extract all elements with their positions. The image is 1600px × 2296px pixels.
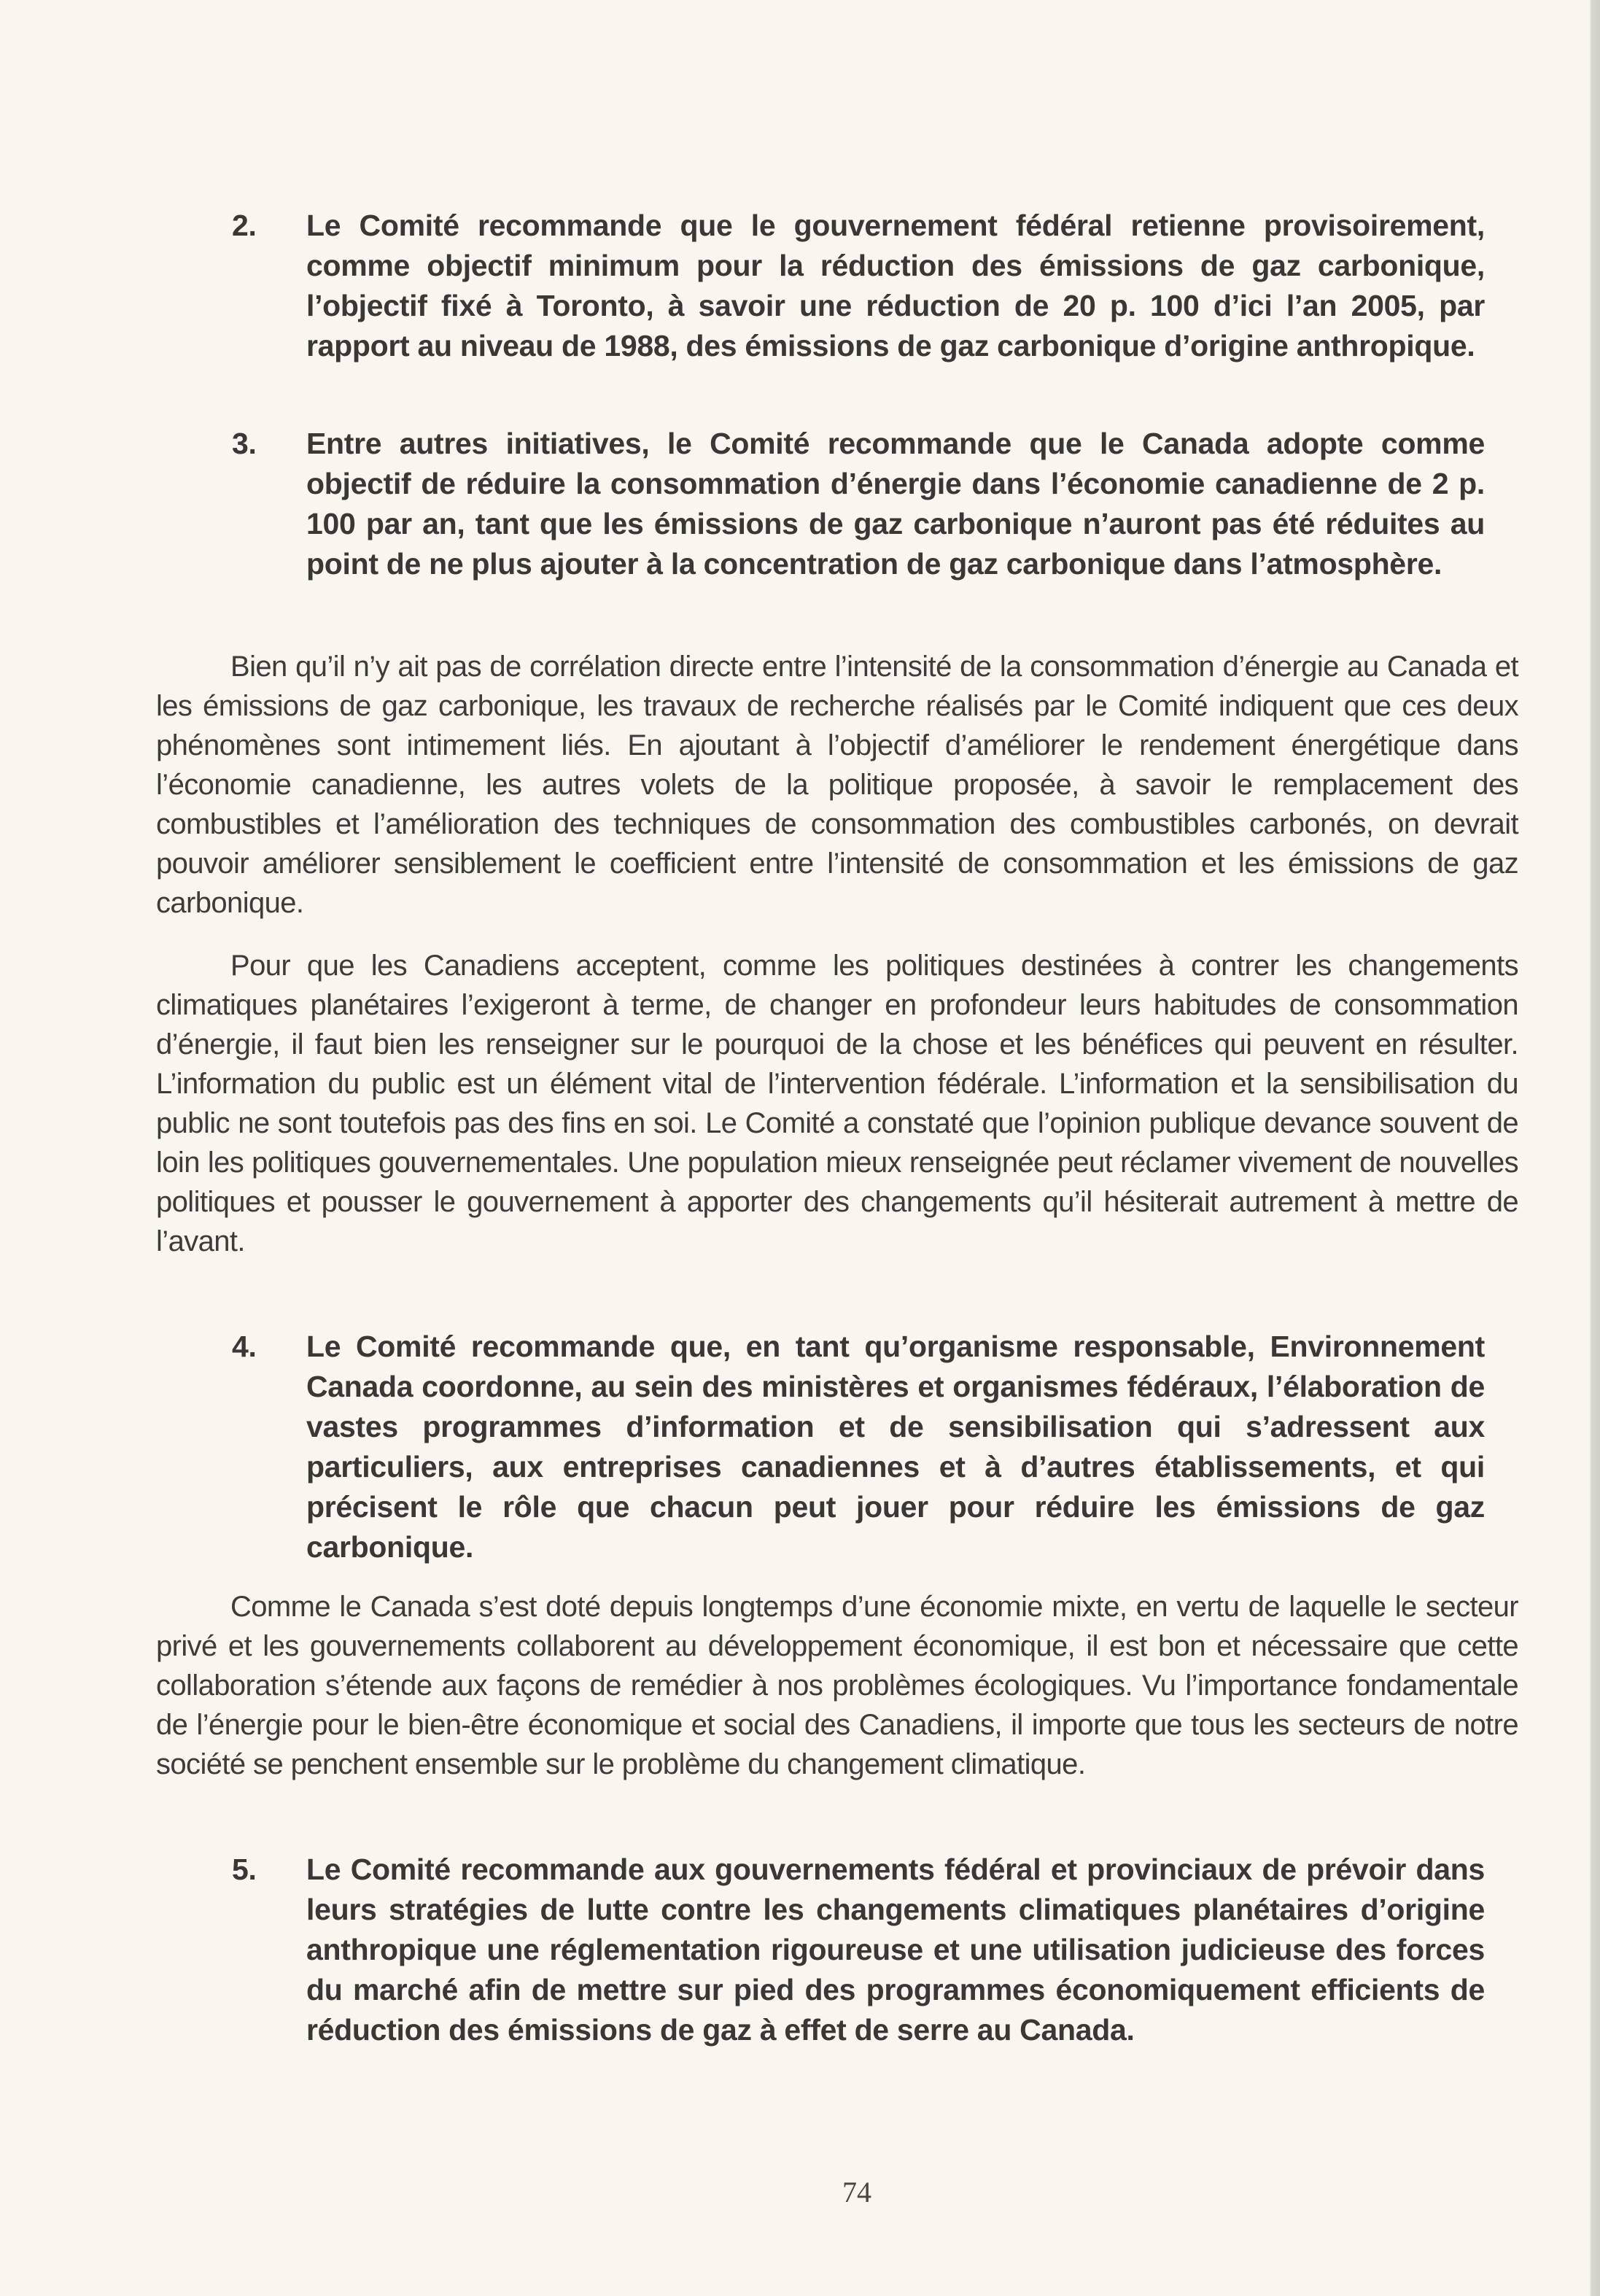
recommendation-4: 4. Le Comité recommande que, en tant qu’…	[232, 1327, 1485, 1567]
scanned-page: 2. Le Comité recommande que le gouvernem…	[0, 0, 1590, 2296]
recommendation-number: 5.	[232, 1850, 298, 1890]
recommendation-text: Le Comité recommande que, en tant qu’org…	[306, 1327, 1485, 1567]
body-paragraph: Bien qu’il n’y ait pas de corrélation di…	[156, 647, 1518, 923]
recommendation-text: Entre autres initiatives, le Comité reco…	[306, 424, 1485, 584]
page-number: 74	[828, 2175, 886, 2209]
recommendation-text: Le Comité recommande aux gouvernements f…	[306, 1850, 1485, 2050]
recommendation-3: 3. Entre autres initiatives, le Comité r…	[232, 424, 1485, 584]
recommendation-number: 3.	[232, 424, 298, 464]
page-edge-shadow	[1590, 0, 1600, 2296]
body-paragraph: Comme le Canada s’est doté depuis longte…	[156, 1587, 1518, 1784]
recommendation-text: Le Comité recommande que le gouvernement…	[306, 206, 1485, 366]
recommendation-number: 4.	[232, 1327, 298, 1367]
recommendation-5: 5. Le Comité recommande aux gouvernement…	[232, 1850, 1485, 2050]
recommendation-2: 2. Le Comité recommande que le gouvernem…	[232, 206, 1485, 366]
body-paragraph: Pour que les Canadiens acceptent, comme …	[156, 946, 1518, 1261]
recommendation-number: 2.	[232, 206, 298, 246]
